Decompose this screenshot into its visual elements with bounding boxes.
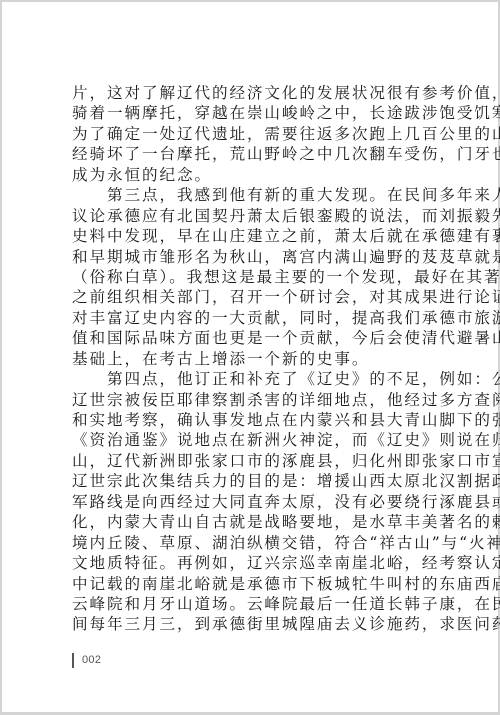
text-line: 成为永恒的纪念。: [72, 165, 442, 185]
page-footer: 002: [72, 652, 101, 668]
text-line: 山，辽代新洲即张家口市的涿鹿县，归化州即张家口市宣化区，: [72, 451, 442, 471]
text-line: 间每年三月三，到承德街里城隍庙去义诊施药，求医问药的场面: [72, 614, 442, 634]
text-line: 骑着一辆摩托，穿越在崇山峻岭之中，长途跋涉饱受饥寒酷暑，: [72, 103, 442, 123]
text-line: 辽世宗被佞臣耶律察割杀害的详细地点，他经过多方查阅资料: [72, 390, 442, 410]
text-line: 史料中发现，早在山庄建立之前，萧太后就在承德建有裹潭离宫: [72, 226, 442, 246]
book-page: 片，这对了解辽代的经济文化的发展状况很有参考价值，他常年 骑着一辆摩托，穿越在崇…: [0, 0, 500, 715]
text-line: （俗称白草）。我想这是最主要的一个发现，最好在其著作刊印: [72, 267, 442, 287]
text-line: 经骑坏了一台摩托，荒山野岭之中几次翻车受伤，门牙也被摔断: [72, 144, 442, 164]
text-line: 化，内蒙大青山自古就是战略要地，是水草丰美著名的敕勒川，: [72, 512, 442, 532]
text-line: 之前组织相关部门，召开一个研讨会，对其成果进行论证，这是: [72, 287, 442, 307]
text-line: 《资治通鉴》说地点在新洲火神淀，而《辽史》则说在归化州祥古: [72, 430, 442, 450]
text-line: 云峰院和月牙山道场。云峰院最后一任道长韩子康，在民国年: [72, 594, 442, 614]
text-line: 和早期城市雏形名为秋山，离宫内满山遍野的芨芨草就是例证: [72, 247, 442, 267]
text-line: 军路线是向西经过大同直奔太原，没有必要绕行涿鹿县或者宣: [72, 492, 442, 512]
page-number: 002: [82, 654, 101, 666]
text-line: 为了确定一处辽代遗址，需要往返多次跑上几百公里的山路，已: [72, 124, 442, 144]
body-text: 片，这对了解辽代的经济文化的发展状况很有参考价值，他常年 骑着一辆摩托，穿越在崇…: [72, 83, 442, 635]
text-line: 对丰富辽史内容的一大贡献，同时，提高我们承德市旅游资源价: [72, 308, 442, 328]
text-line: 中记载的南崖北峪就是承德市下板城牤牛叫村的东庙西庙，即: [72, 574, 442, 594]
text-line: 片，这对了解辽代的经济文化的发展状况很有参考价值，他常年: [72, 83, 442, 103]
text-line: 文地质特征。再例如，辽兴宗巡幸南崖北峪，经考察认定《辽史》: [72, 553, 442, 573]
text-line: 境内丘陵、草原、湖泊纵横交错，符合“祥古山”与“火神淀”的水: [72, 533, 442, 553]
text-line: 和实地考察，确认事发地点在内蒙兴和县大青山脚下的张家村。: [72, 410, 442, 430]
paragraph-start-line: 第四点，他订正和补充了《辽史》的不足，例如：公元 951 年，: [72, 369, 442, 389]
folio-divider: [72, 653, 74, 668]
paragraph-start-line: 第三点，我感到他有新的重大发现。在民间多年来人们就: [72, 185, 442, 205]
text-line: 辽世宗此次集结兵力的目的是：增援山西太原北汉割据政权，行: [72, 471, 442, 491]
text-line: 值和国际品味方面也更是一个贡献，今后会使清代避暑山庄的: [72, 328, 442, 348]
text-line: 议论承德应有北国契丹萧太后银銮殿的说法，而刘振毅先生在: [72, 206, 442, 226]
text-line: 基础上，在考古上增添一个新的史事。: [72, 349, 442, 369]
